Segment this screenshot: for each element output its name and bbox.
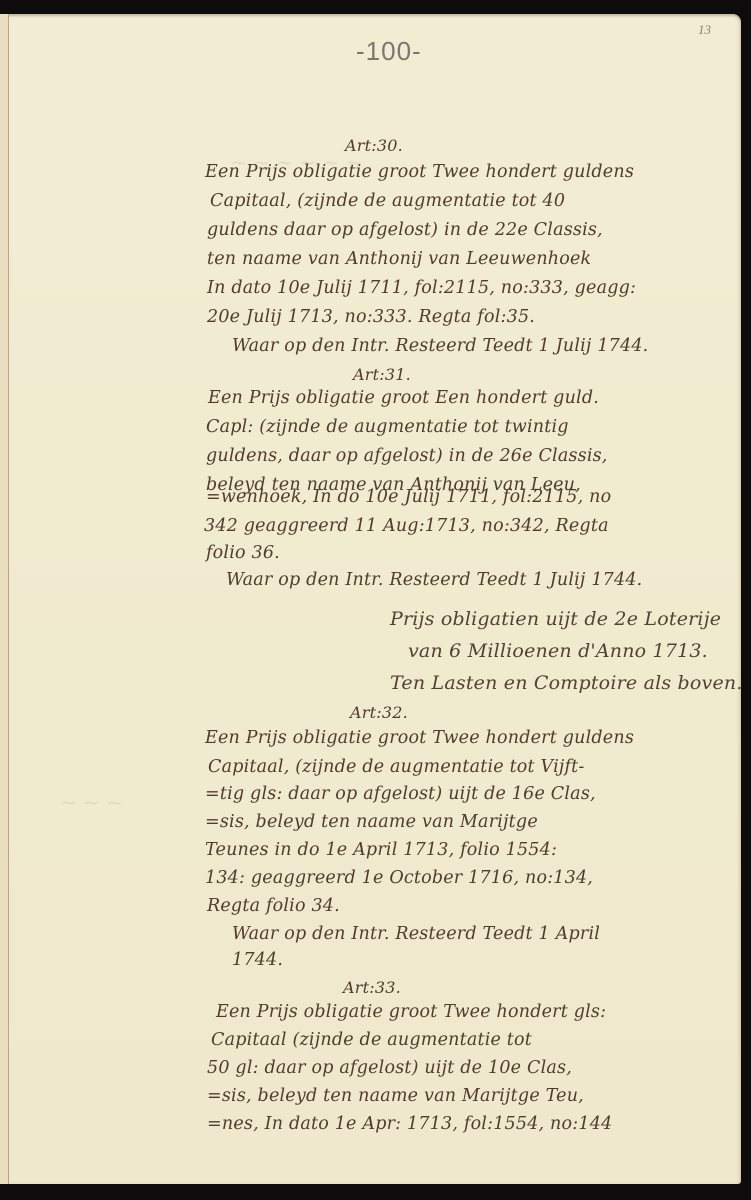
entry-line: 342 geaggreerd 11 Aug:1713, no:342, Regt…	[204, 516, 609, 536]
entry-line: Capitaal, (zijnde de augmentatie tot 40	[210, 191, 565, 211]
article-heading: Art:33.	[343, 978, 401, 997]
entry-line: In dato 10e Julij 1711, fol:2115, no:333…	[207, 278, 636, 298]
entry-line: 20e Julij 1713, no:333. Regta fol:35.	[207, 307, 535, 327]
entry-line: Een Prijs obligatie groot Twee hondert g…	[205, 162, 634, 182]
entry-line: Capitaal (zijnde de augmentatie tot	[211, 1030, 532, 1050]
entry-line: Regta folio 34.	[207, 896, 340, 916]
entry-line: guldens daar op afgelost) in de 22e Clas…	[207, 220, 603, 240]
entry-line: =sis, beleyd ten naame van Marijtge Teu,	[207, 1086, 584, 1106]
entry-line: guldens, daar op afgelost) in de 26e Cla…	[206, 446, 608, 466]
entry-line: Een Prijs obligatie groot Twee hondert g…	[216, 1002, 606, 1022]
entry-line: folio 36.	[206, 543, 280, 563]
article-heading: Art:32.	[350, 703, 408, 722]
section-heading-line: Ten Lasten en Comptoire als boven.	[390, 672, 743, 694]
entry-note: Waar op den Intr. Resteerd Teedt 1 Julij…	[226, 570, 642, 590]
entry-line: Een Prijs obligatie groot Twee hondert g…	[205, 728, 634, 748]
article-heading: Art:31.	[353, 365, 411, 384]
entry-line: 134: geaggreerd 1e October 1716, no:134,	[205, 868, 593, 888]
page-gutter	[0, 14, 9, 1184]
entry-note: Waar op den Intr. Resteerd Teedt 1 Julij…	[232, 336, 648, 356]
scanned-manuscript: ~ ~ ~ ~ ~ ~ ~ ~ ~ -100- 13 Art:30. Een P…	[0, 0, 751, 1200]
entry-line: Een Prijs obligatie groot Een hondert gu…	[208, 388, 599, 408]
entry-line: ten naame van Anthonij van Leeuwenhoek	[207, 249, 591, 269]
entry-line: =nes, In dato 1e Apr: 1713, fol:1554, no…	[207, 1114, 612, 1134]
entry-line: 50 gl: daar op afgelost) uijt de 10e Cla…	[207, 1058, 572, 1078]
bleed-through-text: ~ ~ ~	[60, 790, 123, 814]
entry-note: 1744.	[232, 950, 283, 970]
entry-line: Capitaal, (zijnde de augmentatie tot Vij…	[208, 757, 585, 777]
page-number: -100-	[356, 36, 422, 67]
article-heading: Art:30.	[345, 136, 403, 155]
entry-line: Capl: (zijnde de augmentatie tot twintig	[206, 417, 569, 437]
folio-number: 13	[698, 22, 711, 38]
entry-line: =sis, beleyd ten naame van Marijtge	[205, 812, 538, 832]
entry-line: =wenhoek, In do 10e Julij 1711, fol:2115…	[206, 487, 611, 507]
section-heading-line: van 6 Millioenen d'Anno 1713.	[408, 640, 708, 662]
entry-note: Waar op den Intr. Resteerd Teedt 1 April	[232, 924, 600, 944]
section-heading-line: Prijs obligatien uijt de 2e Loterije	[390, 608, 721, 630]
entry-line: =tig gls: daar op afgelost) uijt de 16e …	[205, 784, 596, 804]
entry-line: Teunes in do 1e April 1713, folio 1554:	[205, 840, 557, 860]
